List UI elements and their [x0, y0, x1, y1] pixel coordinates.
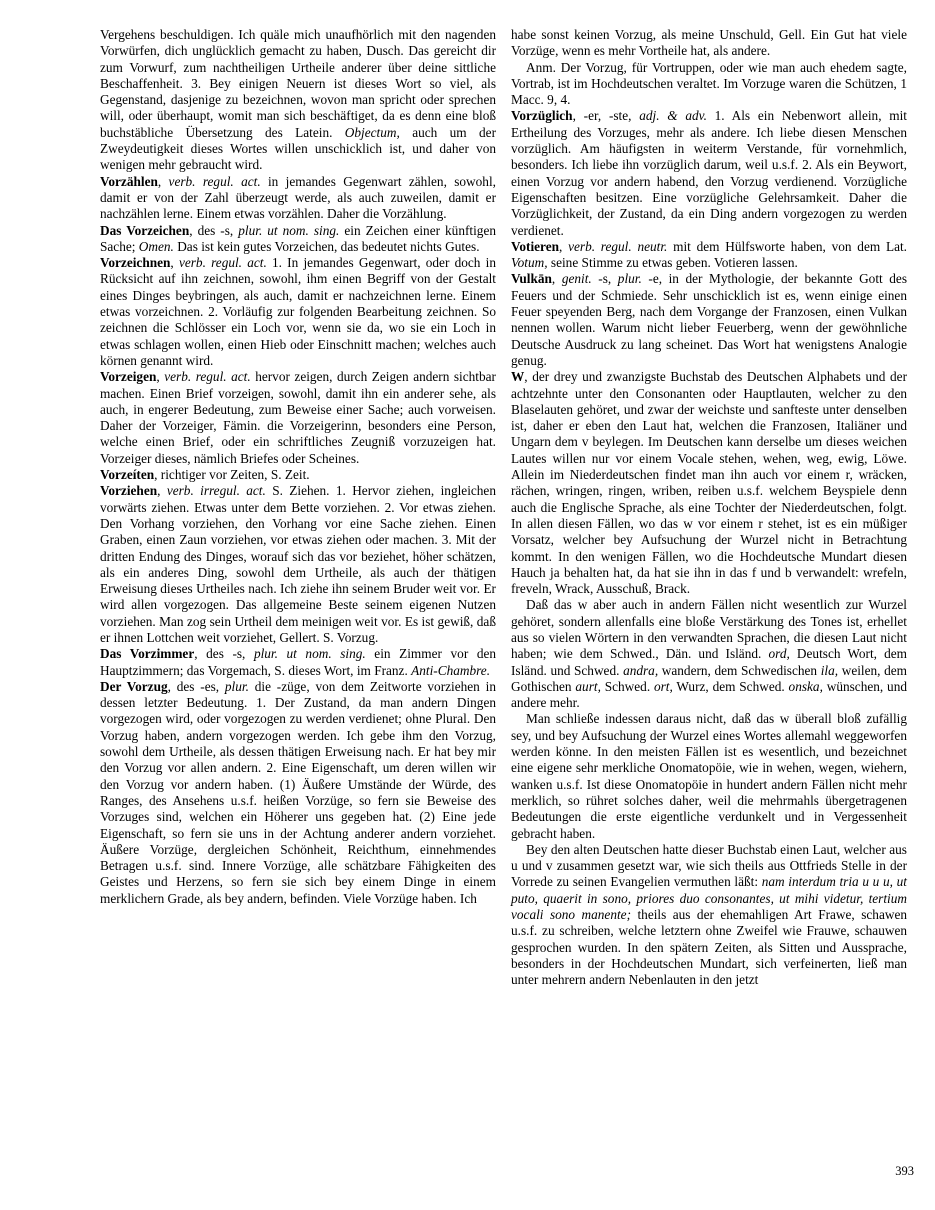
text-run: verb. regul. act. — [164, 369, 250, 384]
headword: Vorziehen — [100, 483, 157, 498]
paragraph: Anm. Der Vorzug, für Vortruppen, oder wi… — [511, 60, 907, 109]
text-run: Man schließe indessen daraus nicht, daß … — [511, 711, 907, 840]
text-run: Anm. Der Vorzug, für Vortruppen, oder wi… — [511, 60, 907, 108]
text-run: verb. regul. neutr. — [568, 239, 667, 254]
dictionary-entry: Das Vorzimmer, des -s, plur. ut nom. sin… — [100, 646, 496, 679]
text-run: , des -s, — [189, 223, 238, 238]
text-run: Schwed. — [601, 679, 654, 694]
dictionary-entry: Das Vorzeichen, des -s, plur. ut nom. si… — [100, 223, 496, 256]
dictionary-entry: Vorzüglich, -er, -ste, adj. & adv. 1. Al… — [511, 108, 907, 238]
dictionary-entry: Vorziehen, verb. irregul. act. S. Ziehen… — [100, 483, 496, 646]
text-run: , der drey und zwanzigste Buchstab des D… — [511, 369, 907, 596]
text-run: Vergehens beschuldigen. Ich quäle mich u… — [100, 27, 496, 140]
text-run: , richtiger vor Zeiten, S. Zeit. — [154, 467, 309, 482]
text-run: , — [170, 255, 179, 270]
text-run: ila, — [821, 663, 838, 678]
text-column-left: Vergehens beschuldigen. Ich quäle mich u… — [100, 27, 496, 989]
dictionary-entry: Vorzeigen, verb. regul. act. hervor zeig… — [100, 369, 496, 467]
text-columns: Vergehens beschuldigen. Ich quäle mich u… — [100, 27, 907, 989]
text-run: die -züge, von dem Zeitworte vorziehen i… — [100, 679, 496, 906]
headword: Das Vorzimmer — [100, 646, 194, 661]
dictionary-entry: W, der drey und zwanzigste Buchstab des … — [511, 369, 907, 597]
text-run: seine Stimme zu etwas geben. Votieren la… — [548, 255, 798, 270]
headword: Der Vorzug — [100, 679, 168, 694]
headword: Vorzeíten — [100, 467, 154, 482]
paragraph: habe sonst keinen Vorzug, als meine Unsc… — [511, 27, 907, 60]
dictionary-entry: Vorzeichnen, verb. regul. act. 1. In jem… — [100, 255, 496, 369]
text-run: Objectum, — [345, 125, 400, 140]
text-run: verb. regul. act. — [179, 255, 267, 270]
text-run: wandern, dem Schwedischen — [658, 663, 821, 678]
text-run: Votum, — [511, 255, 548, 270]
text-run: 1. In jemandes Gegenwart, oder doch in R… — [100, 255, 496, 368]
headword: Vorzählen — [100, 174, 158, 189]
document-page: Vergehens beschuldigen. Ich quäle mich u… — [0, 0, 935, 1210]
text-run: , des -s, — [194, 646, 254, 661]
text-run: plur. ut nom. sing. — [254, 646, 366, 661]
text-run: plur. ut nom. sing. — [238, 223, 339, 238]
text-run: Omen. — [139, 239, 174, 254]
text-run: verb. regul. act. — [169, 174, 261, 189]
text-run: ord, — [768, 646, 789, 661]
paragraph: Daß das w aber auch in andern Fällen nic… — [511, 597, 907, 711]
text-run: adj. & adv. — [639, 108, 707, 123]
text-run: -s, — [592, 271, 618, 286]
dictionary-entry: Der Vorzug, des -es, plur. die -züge, vo… — [100, 679, 496, 907]
paragraph: Man schließe indessen daraus nicht, daß … — [511, 711, 907, 841]
dictionary-entry: Vulkān, genit. -s, plur. -e, in der Myth… — [511, 271, 907, 369]
text-run: ort, — [654, 679, 673, 694]
text-column-right: habe sonst keinen Vorzug, als meine Unsc… — [511, 27, 907, 989]
text-run: , — [157, 483, 167, 498]
headword: Vorzeigen — [100, 369, 156, 384]
text-run: genit. — [562, 271, 592, 286]
headword: Vulkān — [511, 271, 552, 286]
text-run: , — [552, 271, 562, 286]
text-run: , des -es, — [168, 679, 225, 694]
text-run: 1. Als ein Nebenwort allein, mit Ertheil… — [511, 108, 907, 237]
headword: Das Vorzeichen — [100, 223, 189, 238]
text-run: S. Ziehen. 1. Hervor ziehen, ingleichen … — [100, 483, 496, 645]
text-run: andra, — [623, 663, 658, 678]
text-run: habe sonst keinen Vorzug, als meine Unsc… — [511, 27, 907, 58]
page-number: 393 — [895, 1164, 914, 1179]
text-run: Wurz, dem Schwed. — [673, 679, 789, 694]
dictionary-entry: Vorzeíten, richtiger vor Zeiten, S. Zeit… — [100, 467, 496, 483]
text-run: , -er, -ste, — [573, 108, 640, 123]
paragraph: Bey den alten Deutschen hatte dieser Buc… — [511, 842, 907, 989]
headword: Votieren — [511, 239, 559, 254]
text-run: onska, — [789, 679, 823, 694]
text-run: verb. irregul. act. — [167, 483, 266, 498]
text-run: Das ist kein gutes Vorzeichen, das bedeu… — [174, 239, 480, 254]
text-run: Anti-Chambre. — [411, 663, 490, 678]
text-run: mit dem Hülfsworte haben, von dem Lat. — [667, 239, 907, 254]
text-run: plur. — [225, 679, 249, 694]
paragraph: Vergehens beschuldigen. Ich quäle mich u… — [100, 27, 496, 174]
dictionary-entry: Vorzählen, verb. regul. act. in jemandes… — [100, 174, 496, 223]
text-run: aurt, — [575, 679, 601, 694]
headword: Vorzeichnen — [100, 255, 170, 270]
text-run: , — [158, 174, 169, 189]
text-run: , — [559, 239, 568, 254]
headword: Vorzüglich — [511, 108, 573, 123]
headword: W — [511, 369, 524, 384]
text-run: plur. — [618, 271, 642, 286]
dictionary-entry: Votieren, verb. regul. neutr. mit dem Hü… — [511, 239, 907, 272]
